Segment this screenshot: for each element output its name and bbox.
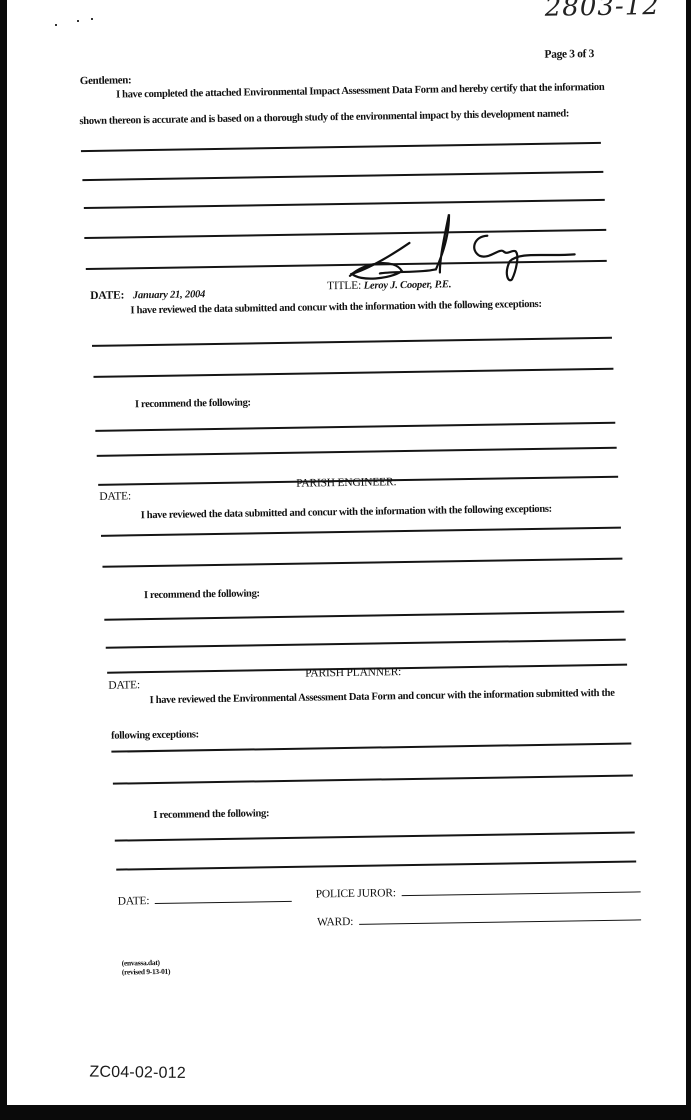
- parish-planner-label: PARISH PLANNER:: [305, 667, 401, 680]
- certification-date-label: DATE: January 21, 2004: [90, 289, 205, 302]
- planner-recommend-line-1[interactable]: [115, 831, 635, 841]
- date-label: DATE:: [90, 289, 124, 302]
- ward-input-line[interactable]: [359, 919, 641, 924]
- first-recommend-line-1[interactable]: [95, 422, 615, 432]
- planner-exceptions-line-2[interactable]: [113, 774, 633, 784]
- scan-edge-bottom: [0, 1105, 691, 1120]
- development-name-line-1[interactable]: [81, 142, 601, 152]
- form-page: 2803-12 Page 3 of 3 Gentlemen: I have co…: [0, 0, 691, 1106]
- salutation: Gentlemen:: [80, 75, 132, 87]
- page-indicator: Page 3 of 3: [544, 49, 594, 61]
- engineer-date-label: DATE:: [99, 491, 131, 503]
- development-name-line-2[interactable]: [82, 171, 603, 181]
- police-juror-field: POLICE JUROR:: [316, 884, 641, 901]
- certification-paragraph-line2: shown thereon is accurate and is based o…: [79, 109, 569, 127]
- first-recommend-text: I recommend the following:: [135, 398, 251, 410]
- engineer-recommend-line-1[interactable]: [104, 611, 624, 621]
- ward-field: WARD:: [317, 912, 641, 929]
- planner-recommend-text: I recommend the following:: [153, 809, 269, 821]
- file-name: (envassa.dat): [122, 959, 160, 967]
- engineer-exceptions-line-1[interactable]: [101, 527, 621, 537]
- police-juror-label: POLICE JUROR:: [316, 887, 396, 900]
- first-exceptions-line-1[interactable]: [92, 337, 612, 347]
- planner-recommend-line-2[interactable]: [116, 860, 636, 870]
- handwritten-reference-number: 2803-12: [545, 0, 661, 23]
- development-name-line-3[interactable]: [84, 199, 605, 209]
- juror-date-field: DATE:: [118, 894, 292, 908]
- title-label: TITLE:: [327, 280, 361, 293]
- certification-title: TITLE: Leroy J. Cooper, P.E.: [327, 279, 451, 292]
- certification-paragraph-line1: I have completed the attached Environmen…: [116, 83, 604, 101]
- engineer-exceptions-line-2[interactable]: [102, 558, 622, 568]
- planner-review-line1: I have reviewed the Environmental Assess…: [150, 689, 615, 707]
- planner-exceptions-line-1[interactable]: [111, 743, 631, 753]
- first-review-text: I have reviewed the data submitted and c…: [130, 300, 541, 317]
- first-exceptions-line-2[interactable]: [93, 368, 613, 378]
- case-number: ZC04-02-012: [89, 1064, 186, 1084]
- planner-review-line2: following exceptions:: [111, 730, 199, 742]
- certification-title-value: Leroy J. Cooper, P.E.: [364, 279, 452, 291]
- police-juror-input-line[interactable]: [402, 891, 641, 896]
- revision-note: (revised 9-13-01): [122, 968, 170, 976]
- first-recommend-line-2[interactable]: [97, 447, 617, 457]
- signature-icon: [339, 210, 590, 286]
- planner-date-label: DATE:: [108, 680, 140, 692]
- certification-date-value: January 21, 2004: [133, 289, 206, 301]
- engineer-recommend-line-2[interactable]: [106, 639, 626, 649]
- parish-engineer-label: PARISH ENGINEER:: [296, 477, 396, 490]
- juror-date-input-line[interactable]: [155, 901, 292, 904]
- ward-label: WARD:: [317, 916, 353, 929]
- juror-date-label: DATE:: [118, 895, 150, 907]
- engineer-recommend-text: I recommend the following:: [144, 589, 260, 601]
- engineer-review-text: I have reviewed the data submitted and c…: [141, 505, 552, 522]
